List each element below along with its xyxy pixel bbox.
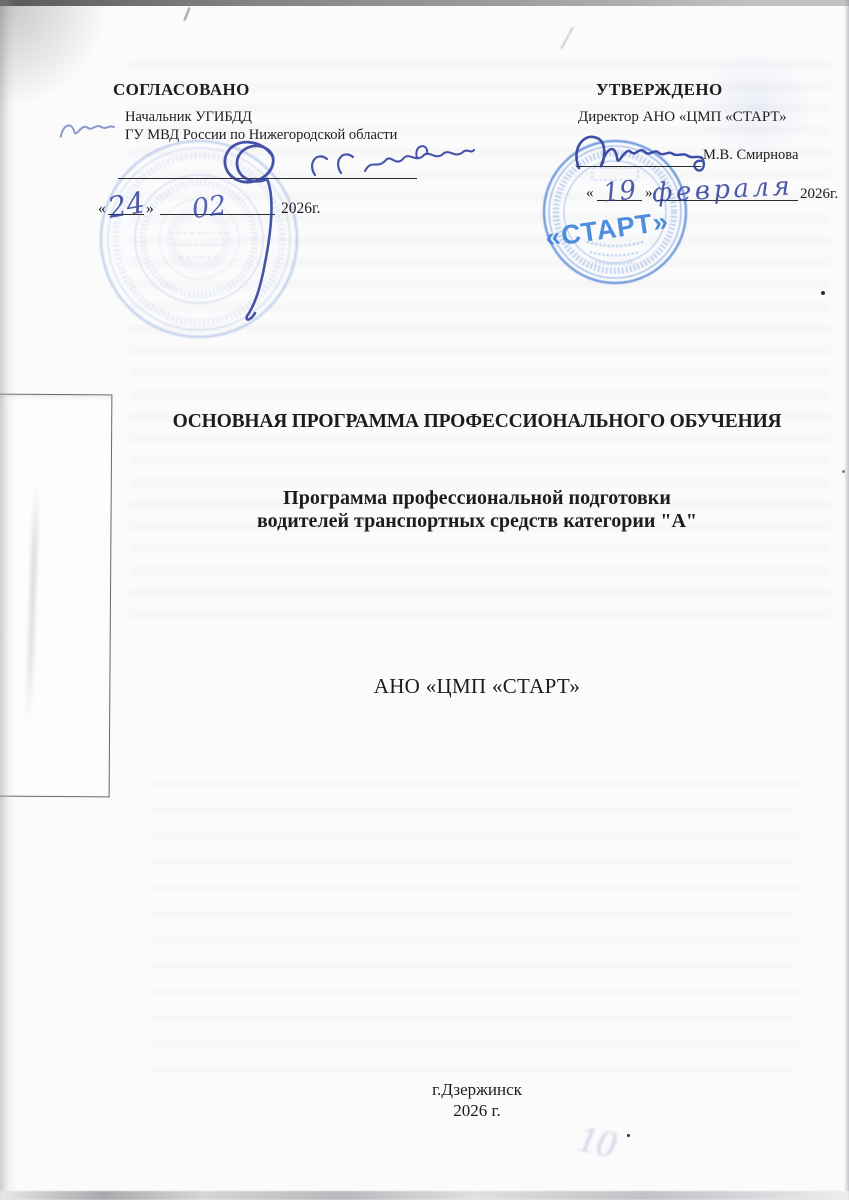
margin-ink-mark [56, 114, 122, 144]
approved-heading: УТВЕРЖДЕНО [596, 80, 723, 100]
scan-edge-right [844, 0, 849, 1200]
program-subtitle-line1: Программа профессиональной подготовки [105, 487, 849, 511]
speck-1 [821, 291, 825, 295]
scan-corner-shadow [0, 0, 110, 110]
agreed-signature-scribble [95, 135, 495, 335]
agreed-heading: СОГЛАСОВАНО [113, 80, 250, 100]
bleedthrough-number: 10 [574, 1117, 620, 1168]
scanned-document-page: 10 «СТАРТ» СОГЛАСОВАН [0, 0, 849, 1200]
organization-name: АНО «ЦМП «СТАРТ» [105, 674, 849, 699]
pencil-tick-2 [560, 27, 573, 49]
footer-city: г.Дзержинск [105, 1079, 849, 1100]
scan-edge-bottom [0, 1191, 849, 1200]
program-subtitle-line2: водителей транспортных средств категории… [105, 510, 849, 534]
scan-edge-left [0, 0, 16, 1200]
speck-2 [627, 1134, 630, 1137]
pencil-tick-1 [183, 7, 190, 21]
approved-signature-scribble [555, 122, 849, 217]
scan-edge-top [0, 0, 849, 6]
underlying-page-corner [0, 394, 112, 798]
footer-year: 2026 г. [105, 1100, 849, 1121]
agreed-role-line1: Начальник УГИБДД [125, 109, 252, 126]
document-main-title: ОСНОВНАЯ ПРОГРАММА ПРОФЕССИОНАЛЬНОГО ОБУ… [105, 411, 849, 433]
bleedthrough-texture-bottom [150, 780, 800, 1080]
